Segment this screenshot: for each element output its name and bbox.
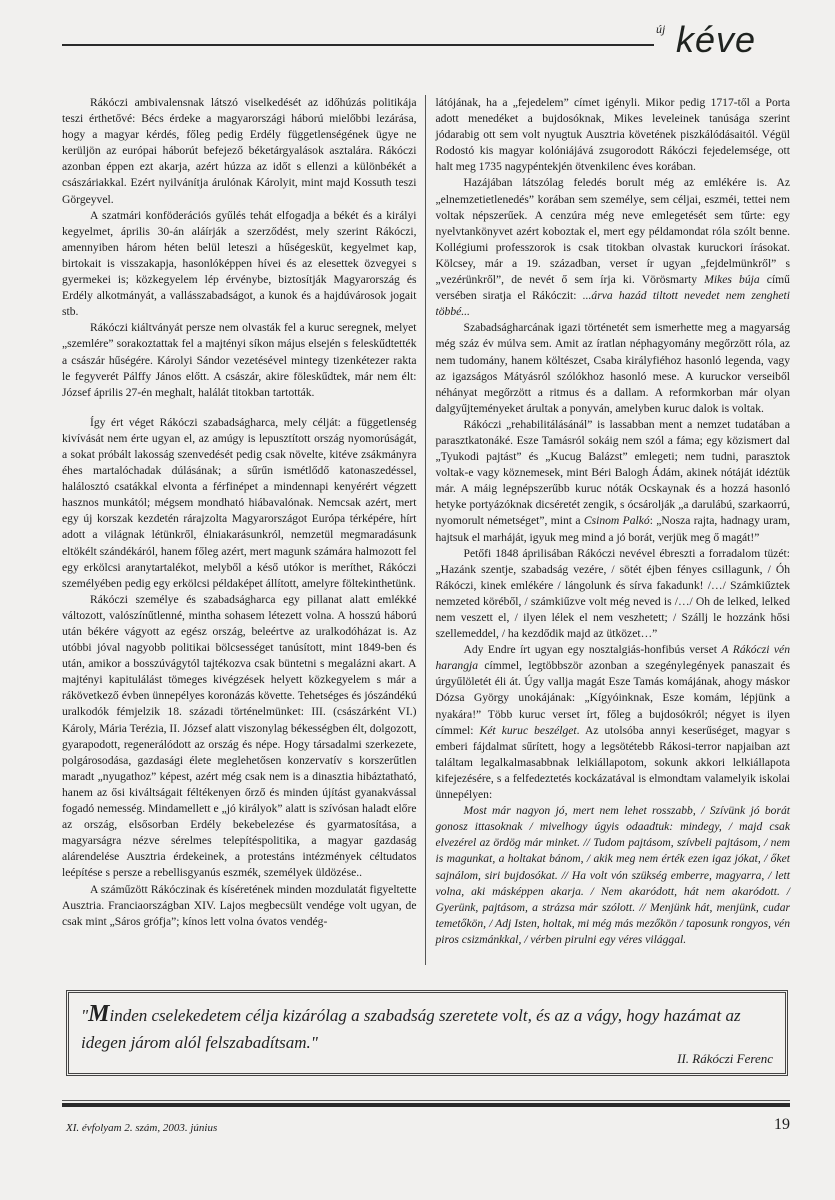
paragraph: Szabadságharcának igazi történetét sem i… [436, 320, 791, 417]
paragraph: A szatmári konföderációs gyűlés tehát el… [62, 208, 417, 321]
right-column: látójának, ha a „fejedelem” címet igényl… [425, 95, 791, 965]
article-body: Rákóczi ambivalensnak látszó viselkedésé… [62, 95, 790, 965]
poem-quote: Most már nagyon jó, mert nem lehet rossz… [436, 803, 791, 948]
pull-quote-box: "Minden cselekedetem célja kizárólag a s… [66, 990, 788, 1076]
issue-info: XI. évfolyam 2. szám, 2003. június [66, 1122, 217, 1134]
paragraph: látójának, ha a „fejedelem” címet igényl… [436, 95, 791, 175]
paragraph: Rákóczi ambivalensnak látszó viselkedésé… [62, 95, 417, 208]
pull-quote-text: "Minden cselekedetem célja kizárólag a s… [81, 1001, 773, 1056]
paragraph: Így ért véget Rákóczi szabadságharca, me… [62, 415, 417, 592]
paragraph: Rákóczi kiáltványát persze nem olvasták … [62, 320, 417, 400]
paragraph: A száműzött Rákóczinak és kíséretének mi… [62, 882, 417, 930]
paragraph: Rákóczi személye és szabadságharca egy p… [62, 592, 417, 882]
magazine-logo: kéve [676, 22, 756, 58]
footer-rule [62, 1103, 790, 1107]
logo-prefix: új [656, 22, 665, 37]
pull-quote-author: II. Rákóczi Ferenc [677, 1051, 773, 1067]
paragraph: Petőfi 1848 áprilisában Rákóczi nevével … [436, 546, 791, 643]
page-number: 19 [774, 1116, 790, 1134]
header-rule [62, 44, 654, 46]
paragraph: Hazájában látszólag feledés borult még a… [436, 175, 791, 320]
paragraph: Rákóczi „rehabilitálásánál” is lassabban… [436, 417, 791, 546]
left-column: Rákóczi ambivalensnak látszó viselkedésé… [62, 95, 425, 965]
paragraph: Ady Endre írt ugyan egy nosztalgiás-honf… [436, 642, 791, 803]
